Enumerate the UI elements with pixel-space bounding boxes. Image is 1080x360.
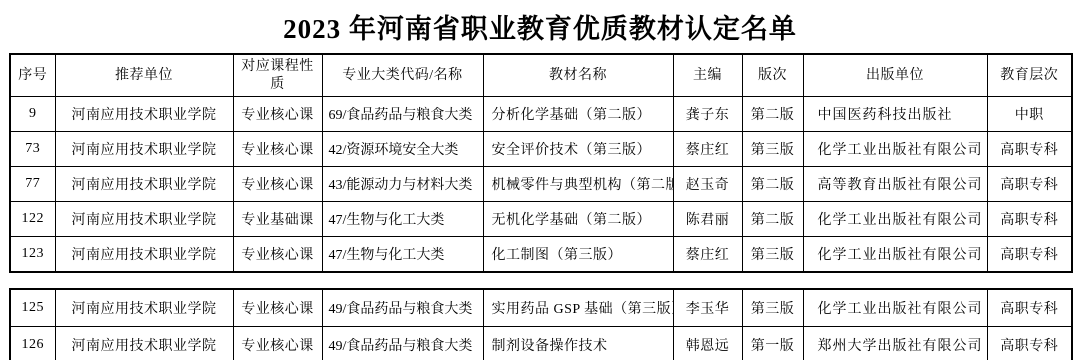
textbook-table-continued: 125 河南应用技术职业学院 专业核心课 49/食品药品与粮食大类 实用药品 G… <box>9 288 1073 360</box>
cell-serial: 9 <box>10 97 55 132</box>
cell-level: 高职专科 <box>987 327 1072 360</box>
cell-level: 中职 <box>987 97 1072 132</box>
table-row: 125 河南应用技术职业学院 专业核心课 49/食品药品与粮食大类 实用药品 G… <box>10 289 1072 327</box>
textbook-table-main: 序号 推荐单位 对应课程性质 专业大类代码/名称 教材名称 主编 版次 出版单位… <box>9 53 1073 273</box>
cell-serial: 123 <box>10 237 55 273</box>
cell-edition: 第二版 <box>742 97 803 132</box>
cell-unit: 河南应用技术职业学院 <box>55 289 233 327</box>
cell-textbook: 化工制图（第三版） <box>483 237 673 273</box>
cell-major: 49/食品药品与粮食大类 <box>322 289 483 327</box>
cell-editor: 龚子东 <box>673 97 742 132</box>
cell-publisher: 化学工业出版社有限公司 <box>803 289 987 327</box>
cell-unit: 河南应用技术职业学院 <box>55 327 233 360</box>
cell-editor: 陈君丽 <box>673 202 742 237</box>
cell-editor: 蔡庄红 <box>673 132 742 167</box>
cell-publisher: 中国医药科技出版社 <box>803 97 987 132</box>
cell-publisher: 郑州大学出版社有限公司 <box>803 327 987 360</box>
cell-level: 高职专科 <box>987 237 1072 273</box>
cell-editor: 李玉华 <box>673 289 742 327</box>
cell-edition: 第二版 <box>742 202 803 237</box>
cell-textbook: 无机化学基础（第二版） <box>483 202 673 237</box>
cell-major: 47/生物与化工大类 <box>322 237 483 273</box>
column-header-editor: 主编 <box>673 54 742 97</box>
cell-edition: 第二版 <box>742 167 803 202</box>
cell-level: 高职专科 <box>987 202 1072 237</box>
cell-publisher: 化学工业出版社有限公司 <box>803 202 987 237</box>
column-header-publisher: 出版单位 <box>803 54 987 97</box>
table-row: 77 河南应用技术职业学院 专业核心课 43/能源动力与材料大类 机械零件与典型… <box>10 167 1072 202</box>
cell-course: 专业核心课 <box>233 97 322 132</box>
cell-edition: 第一版 <box>742 327 803 360</box>
cell-course: 专业核心课 <box>233 167 322 202</box>
cell-course: 专业核心课 <box>233 289 322 327</box>
column-header-unit: 推荐单位 <box>55 54 233 97</box>
document-page: 2023 年河南省职业教育优质教材认定名单 序号 推荐单位 对应课程性质 专业大… <box>0 7 1080 360</box>
table-row: 126 河南应用技术职业学院 专业核心课 49/食品药品与粮食大类 制剂设备操作… <box>10 327 1072 360</box>
cell-course: 专业核心课 <box>233 237 322 273</box>
cell-course: 专业核心课 <box>233 132 322 167</box>
cell-unit: 河南应用技术职业学院 <box>55 97 233 132</box>
column-header-level: 教育层次 <box>987 54 1072 97</box>
cell-publisher: 化学工业出版社有限公司 <box>803 132 987 167</box>
cell-unit: 河南应用技术职业学院 <box>55 167 233 202</box>
column-header-textbook: 教材名称 <box>483 54 673 97</box>
cell-textbook: 分析化学基础（第二版） <box>483 97 673 132</box>
cell-level: 高职专科 <box>987 289 1072 327</box>
column-header-edition: 版次 <box>742 54 803 97</box>
cell-textbook: 机械零件与典型机构（第二版） <box>483 167 673 202</box>
cell-unit: 河南应用技术职业学院 <box>55 237 233 273</box>
document-title: 2023 年河南省职业教育优质教材认定名单 <box>0 7 1080 46</box>
cell-major: 49/食品药品与粮食大类 <box>322 327 483 360</box>
cell-serial: 77 <box>10 167 55 202</box>
cell-major: 47/生物与化工大类 <box>322 202 483 237</box>
table-row: 122 河南应用技术职业学院 专业基础课 47/生物与化工大类 无机化学基础（第… <box>10 202 1072 237</box>
cell-serial: 126 <box>10 327 55 360</box>
cell-serial: 122 <box>10 202 55 237</box>
cell-edition: 第三版 <box>742 289 803 327</box>
cell-textbook: 安全评价技术（第三版） <box>483 132 673 167</box>
cell-textbook: 制剂设备操作技术 <box>483 327 673 360</box>
cell-editor: 赵玉奇 <box>673 167 742 202</box>
column-header-serial: 序号 <box>10 54 55 97</box>
table-row: 73 河南应用技术职业学院 专业核心课 42/资源环境安全大类 安全评价技术（第… <box>10 132 1072 167</box>
table-row: 9 河南应用技术职业学院 专业核心课 69/食品药品与粮食大类 分析化学基础（第… <box>10 97 1072 132</box>
cell-serial: 125 <box>10 289 55 327</box>
cell-major: 42/资源环境安全大类 <box>322 132 483 167</box>
table-row: 123 河南应用技术职业学院 专业核心课 47/生物与化工大类 化工制图（第三版… <box>10 237 1072 273</box>
cell-major: 43/能源动力与材料大类 <box>322 167 483 202</box>
cell-textbook: 实用药品 GSP 基础（第三版） <box>483 289 673 327</box>
cell-editor: 韩恩远 <box>673 327 742 360</box>
cell-unit: 河南应用技术职业学院 <box>55 132 233 167</box>
cell-edition: 第三版 <box>742 237 803 273</box>
cell-publisher: 化学工业出版社有限公司 <box>803 237 987 273</box>
cell-level: 高职专科 <box>987 167 1072 202</box>
column-header-course: 对应课程性质 <box>233 54 322 97</box>
cell-course: 专业核心课 <box>233 327 322 360</box>
cell-publisher: 高等教育出版社有限公司 <box>803 167 987 202</box>
cell-serial: 73 <box>10 132 55 167</box>
cell-editor: 蔡庄红 <box>673 237 742 273</box>
cell-course: 专业基础课 <box>233 202 322 237</box>
header-row: 序号 推荐单位 对应课程性质 专业大类代码/名称 教材名称 主编 版次 出版单位… <box>10 54 1072 97</box>
cell-level: 高职专科 <box>987 132 1072 167</box>
cell-major: 69/食品药品与粮食大类 <box>322 97 483 132</box>
column-header-major: 专业大类代码/名称 <box>322 54 483 97</box>
cell-edition: 第三版 <box>742 132 803 167</box>
cell-unit: 河南应用技术职业学院 <box>55 202 233 237</box>
